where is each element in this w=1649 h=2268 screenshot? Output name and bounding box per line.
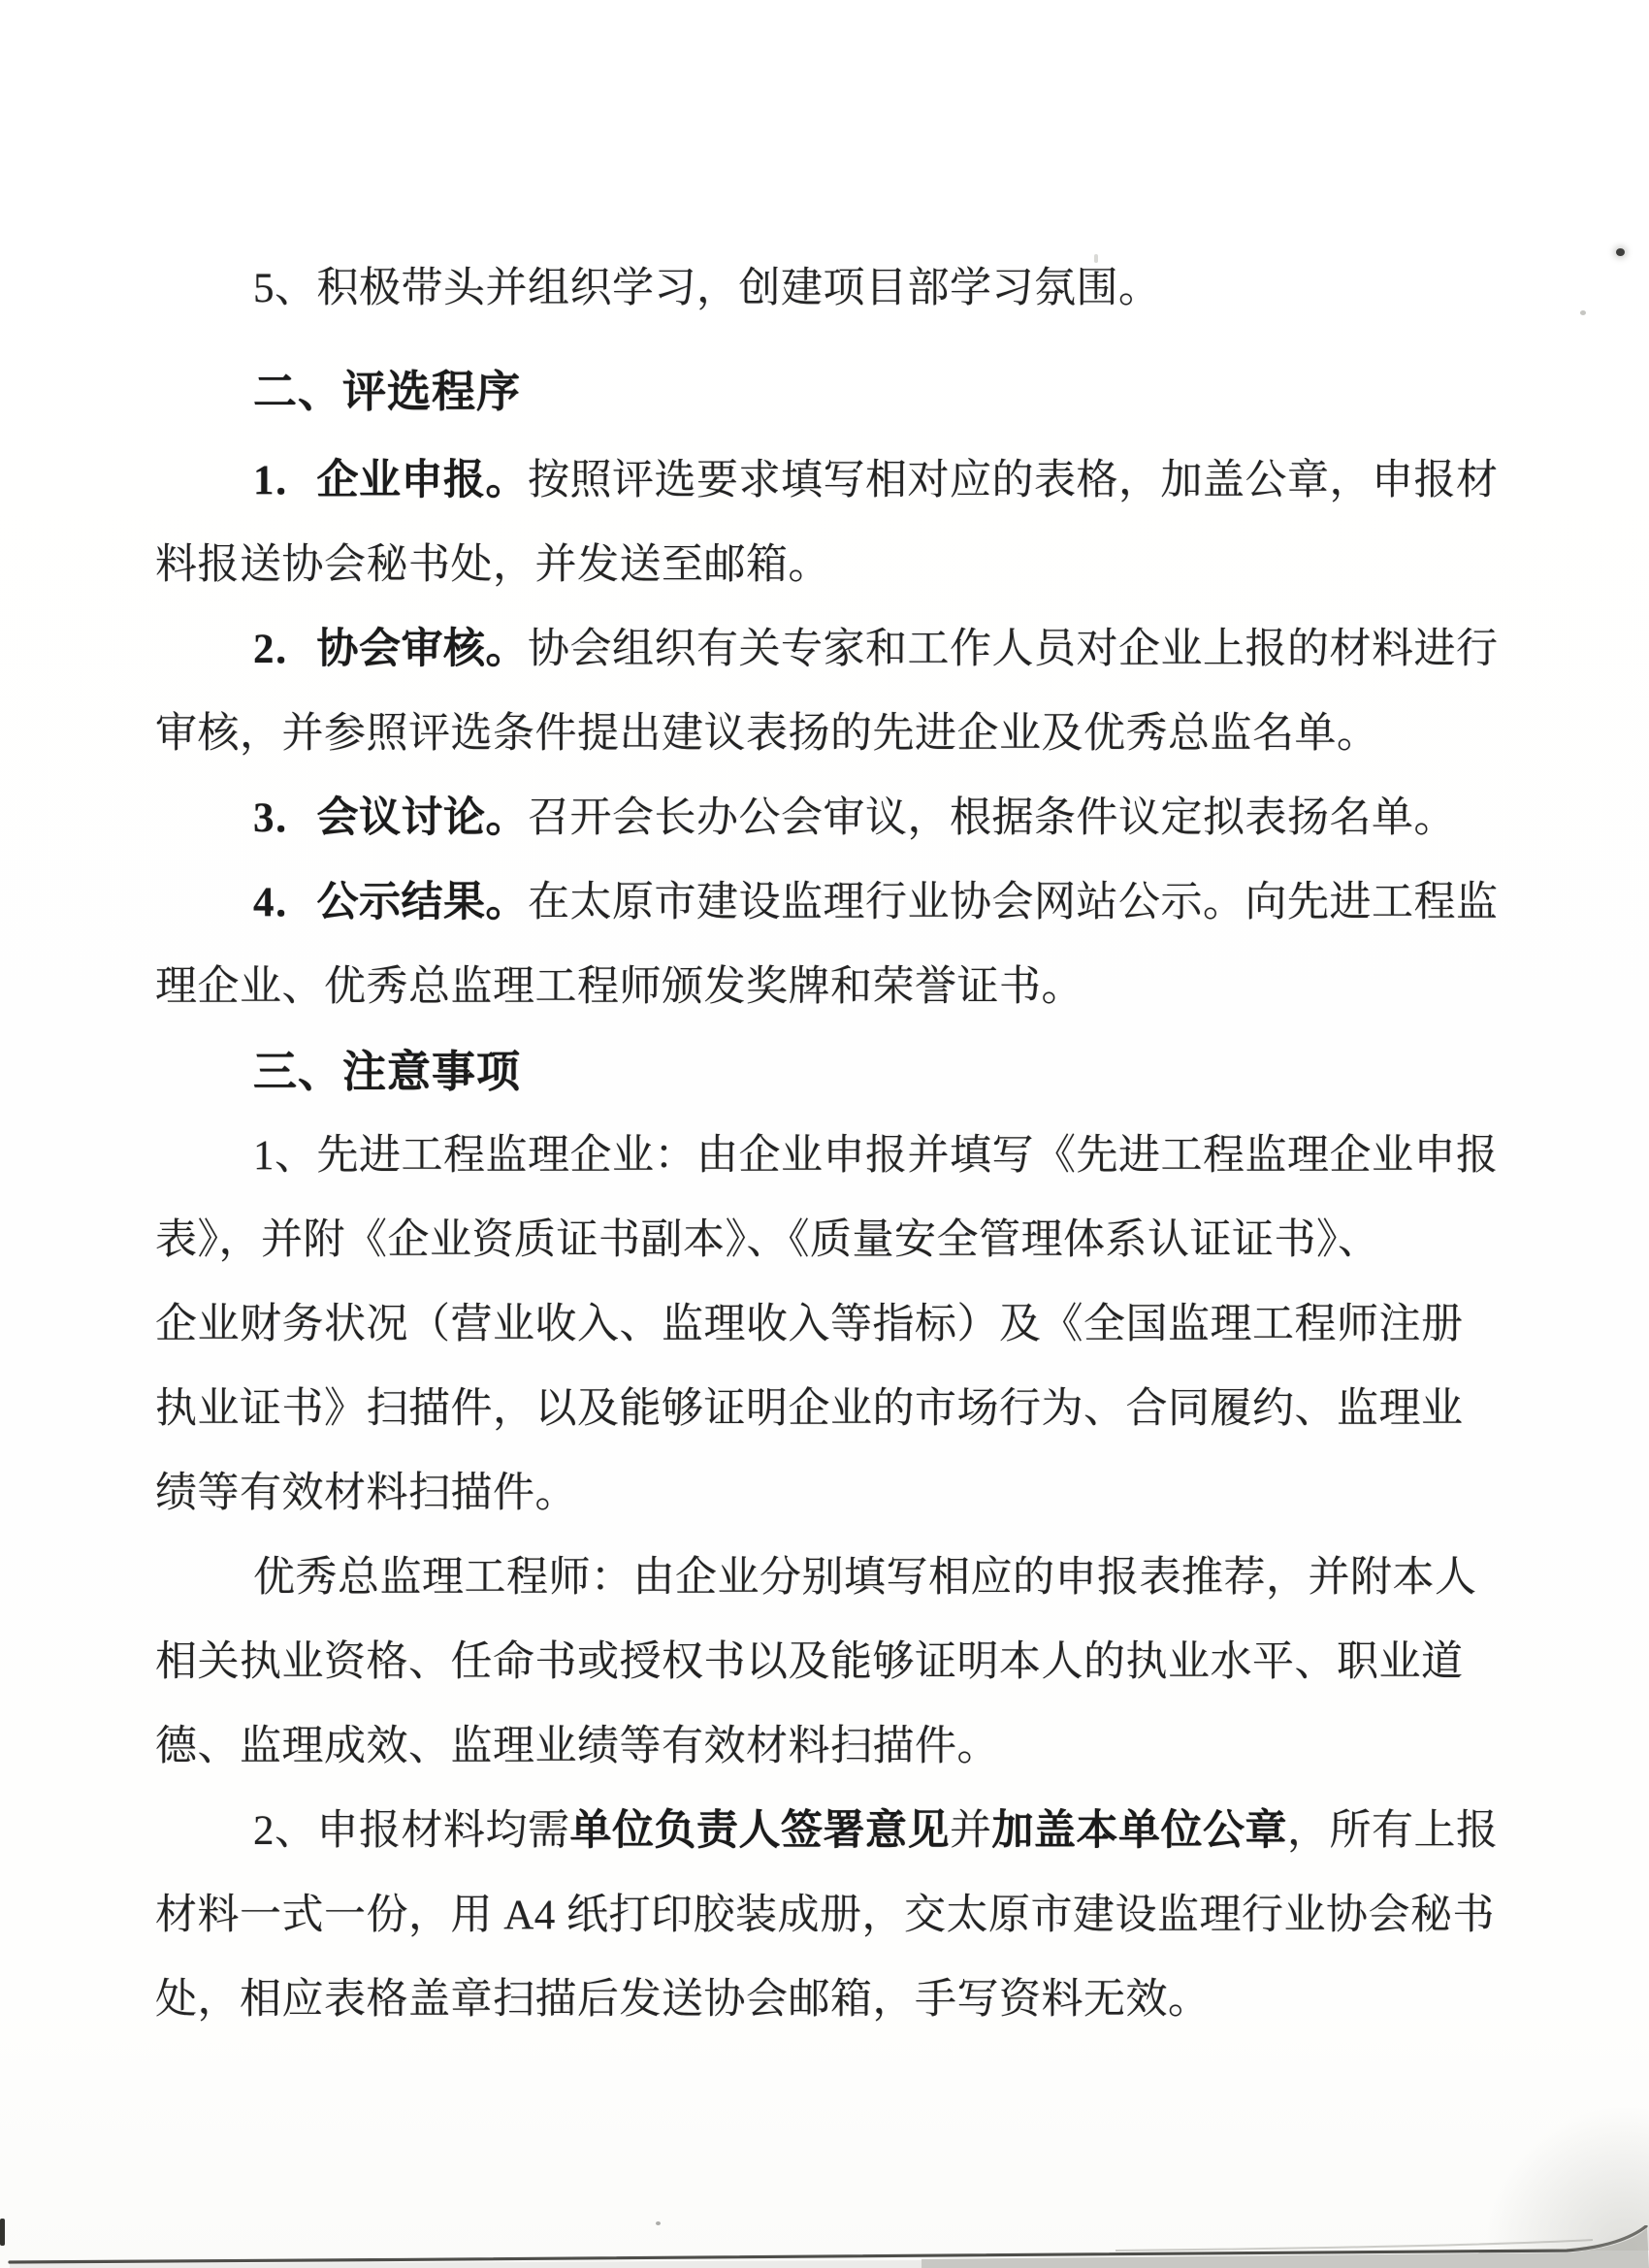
text-run: 材料一式一份，用 A4 纸打印胶装成册，交太原市建设监理行业协会秘书: [155, 1893, 1495, 1938]
text-run: 绩等有效材料扫描件。: [155, 1471, 577, 1516]
text-run: 理企业、优秀总监理工程师颁发奖牌和荣誉证书。: [155, 964, 1083, 1010]
bold-text-run: 3．会议讨论。: [253, 795, 528, 841]
bold-text-run: 2．协会审核。: [253, 627, 528, 672]
text-run: 相关执业资格、任命书或授权书以及能够证明本人的执业水平、职业道: [155, 1639, 1464, 1685]
scan-speck: [1094, 254, 1098, 263]
text-run: 在太原市建设监理行业协会网站公示。向先进工程监: [528, 880, 1499, 925]
text-run: 召开会长办公会审议，根据条件议定拟表扬名单。: [528, 795, 1456, 841]
text-run: 2、申报材料均需: [253, 1808, 570, 1854]
bold-text-run: 三、注意事项: [253, 1048, 521, 1096]
bold-text-run: 4．公示结果。: [253, 880, 528, 925]
text-line: 处，相应表格盖章扫描后发送协会邮箱，手写资料无效。: [155, 1975, 1591, 2025]
text-run: 审核，并参照评选条件提出建议表扬的先进企业及优秀总监名单。: [155, 711, 1379, 757]
text-run: 协会组织有关专家和工作人员对企业上报的材料进行: [528, 627, 1499, 672]
scan-speck: [1580, 310, 1586, 315]
text-line: 理企业、优秀总监理工程师颁发奖牌和荣誉证书。: [155, 962, 1591, 1013]
section-heading: 三、注意事项: [155, 1047, 1591, 1097]
text-run: 5、积极带头并组织学习，创建项目部学习氛围。: [253, 266, 1161, 311]
paper-bottom-edge: [0, 2225, 1649, 2268]
text-line: 1、先进工程监理企业：由企业申报并填写《先进工程监理企业申报: [155, 1131, 1591, 1182]
text-line: 1．企业申报。按照评选要求填写相对应的表格，加盖公章，申报材: [155, 456, 1591, 506]
text-run: 企业财务状况（营业收入、监理收入等指标）及《全国监理工程师注册: [155, 1302, 1464, 1347]
bold-text-run: 单位负责人签署意见: [570, 1808, 951, 1854]
text-line: 优秀总监理工程师：由企业分别填写相应的申报表推荐，并附本人: [155, 1553, 1591, 1604]
bold-text-run: 1．企业申报。: [253, 458, 528, 503]
scanned-document-page: 5、积极带头并组织学习，创建项目部学习氛围。二、评选程序1．企业申报。按照评选要…: [0, 0, 1649, 2268]
scan-speck: [656, 2221, 661, 2225]
text-run: 德、监理成效、监理业绩等有效材料扫描件。: [155, 1724, 999, 1769]
text-line: 相关执业资格、任命书或授权书以及能够证明本人的执业水平、职业道: [155, 1637, 1591, 1688]
text-run: ，所有上报: [1287, 1808, 1499, 1854]
text-line: 德、监理成效、监理业绩等有效材料扫描件。: [155, 1722, 1591, 1772]
text-line: 审核，并参照评选条件提出建议表扬的先进企业及优秀总监名单。: [155, 709, 1591, 760]
text-run: 1、先进工程监理企业：由企业申报并填写《先进工程监理企业申报: [253, 1133, 1499, 1179]
text-run: 并: [950, 1808, 992, 1854]
bold-text-run: 二、评选程序: [253, 368, 521, 416]
scan-speck: [1616, 248, 1625, 256]
section-heading: 二、评选程序: [155, 367, 1591, 417]
text-run: 执业证书》扫描件，以及能够证明企业的市场行为、合同履约、监理业: [155, 1386, 1464, 1432]
text-line: 料报送协会秘书处，并发送至邮箱。: [155, 540, 1591, 591]
text-line: 2．协会审核。协会组织有关专家和工作人员对企业上报的材料进行: [155, 625, 1591, 675]
text-run: 优秀总监理工程师：由企业分别填写相应的申报表推荐，并附本人: [253, 1555, 1477, 1601]
scan-edge-mark: [0, 2219, 5, 2246]
text-run: 按照评选要求填写相对应的表格，加盖公章，申报材: [528, 458, 1499, 503]
text-line: 2、申报材料均需单位负责人签署意见并加盖本单位公章，所有上报: [155, 1806, 1591, 1857]
text-line: 企业财务状况（营业收入、监理收入等指标）及《全国监理工程师注册: [155, 1300, 1591, 1350]
text-line: 材料一式一份，用 A4 纸打印胶装成册，交太原市建设监理行业协会秘书: [155, 1891, 1591, 1941]
text-line: 表》，并附《企业资质证书副本》、《质量安全管理体系认证证书》、: [155, 1215, 1591, 1266]
text-run: 处，相应表格盖章扫描后发送协会邮箱，手写资料无效。: [155, 1977, 1211, 2023]
text-line: 执业证书》扫描件，以及能够证明企业的市场行为、合同履约、监理业: [155, 1384, 1591, 1435]
text-run: 表》，并附《企业资质证书副本》、《质量安全管理体系认证证书》、: [155, 1217, 1380, 1263]
text-line: 3．会议讨论。召开会长办公会审议，根据条件议定拟表扬名单。: [155, 794, 1591, 844]
bold-text-run: 加盖本单位公章: [992, 1808, 1288, 1854]
text-line: 绩等有效材料扫描件。: [155, 1469, 1591, 1519]
text-line: 5、积极带头并组织学习，创建项目部学习氛围。: [155, 264, 1591, 314]
text-run: 料报送协会秘书处，并发送至邮箱。: [155, 542, 830, 588]
text-line: 4．公示结果。在太原市建设监理行业协会网站公示。向先进工程监: [155, 878, 1591, 928]
paper-edge-highlight: [1115, 2240, 1593, 2251]
